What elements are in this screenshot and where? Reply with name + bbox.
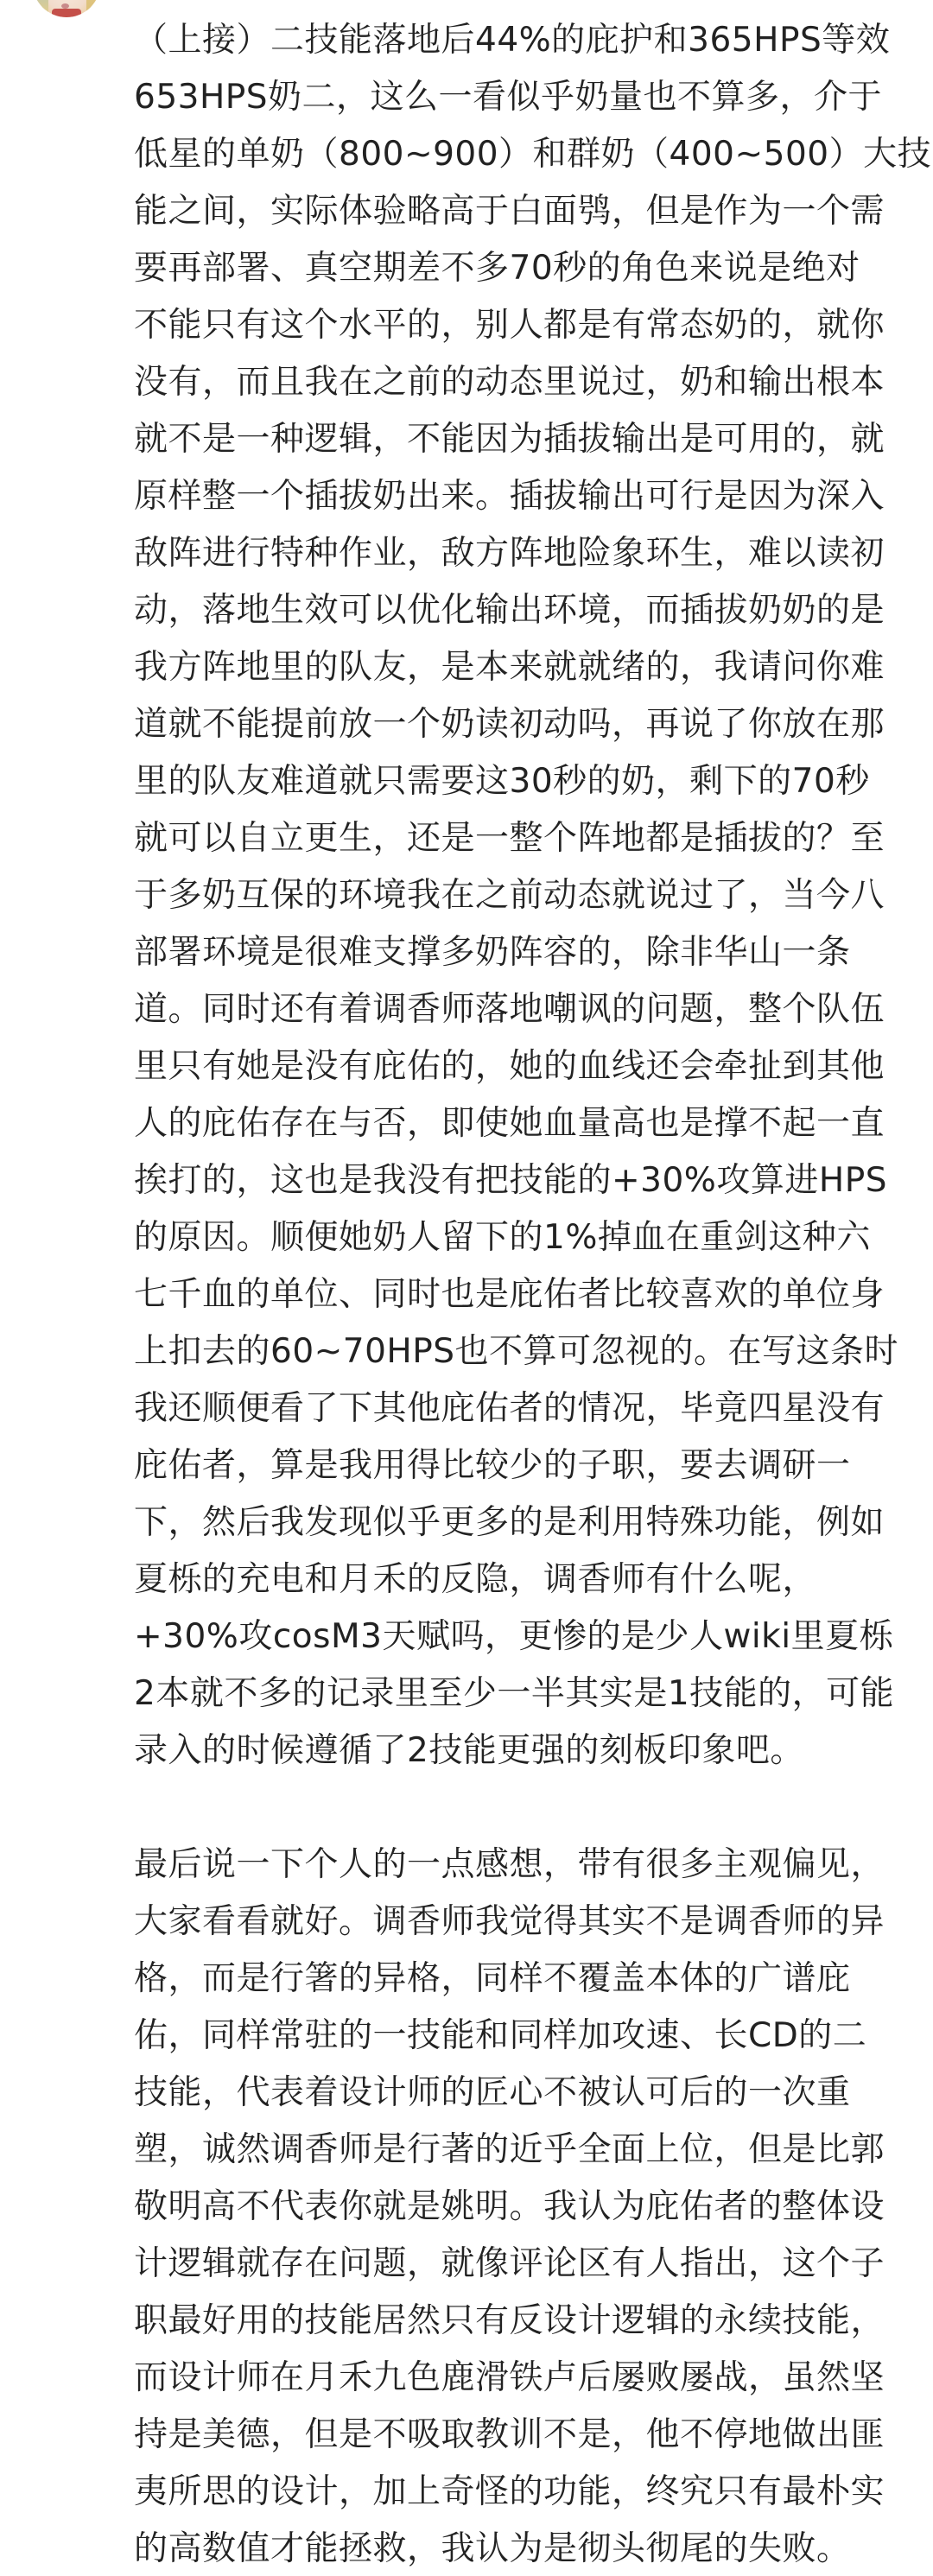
text-line: 要再部署、真空期差不多70秒的角色来说是绝对 [134,240,916,297]
text-line: 不能只有这个水平的，别人都是有常态奶的，就你 [134,297,916,354]
text-line: 653HPS奶二，这么一看似乎奶量也不算多，介于 [134,69,916,126]
text-line: 原样整一个插拔奶出来。插拔输出可行是因为深入 [134,468,916,525]
text-line: 能之间，实际体验略高于白面鸮，但是作为一个需 [134,183,916,240]
text-line: 就不是一种逻辑，不能因为插拔输出是可用的，就 [134,411,916,468]
text-line: 没有，而且我在之前的动态里说过，奶和输出根本 [134,354,916,411]
text-line: 我方阵地里的队友，是本来就就绪的，我请问你难 [134,639,916,696]
text-line: 动，落地生效可以优化输出环境，而插拔奶奶的是 [134,582,916,639]
text-line: 大家看看就好。调香师我觉得其实不是调香师的异 [134,1894,916,1951]
text-line: 夏栎的充电和月禾的反隐，调香师有什么呢， [134,1551,916,1608]
text-line: 部署环境是很难支撑多奶阵容的，除非华山一条 [134,924,916,981]
text-line: 于多奶互保的环境我在之前动态就说过了，当今八 [134,867,916,924]
post-body: （上接）二技能落地后44%的庇护和365HPS等效 653HPS奶二，这么一看似… [134,12,916,2576]
text-line: 而设计师在月禾九色鹿滑铁卢后屡败屡战，虽然坚 [134,2350,916,2407]
avatar-hair-left [33,0,48,17]
text-line: 格，而是行箸的异格，同样不覆盖本体的广谱庇 [134,1951,916,2008]
paragraph-spacer [134,1780,916,1837]
text-line: 里只有她是没有庇佑的，她的血线还会牵扯到其他 [134,1038,916,1095]
text-line: 佑，同样常驻的一技能和同样加攻速、长CD的二 [134,2008,916,2065]
text-line: 里的队友难道就只需要这30秒的奶，剩下的70秒 [134,753,916,810]
text-line: 道。同时还有着调香师落地嘲讽的问题，整个队伍 [134,981,916,1038]
text-line: 上扣去的60~70HPS也不算可忽视的。在写这条时 [134,1323,916,1380]
text-line: 2本就不多的记录里至少一半其实是1技能的，可能 [134,1666,916,1723]
text-line: 敌阵进行特种作业，敌方阵地险象环生，难以读初 [134,525,916,582]
text-line: 计逻辑就存在问题，就像评论区有人指出，这个子 [134,2236,916,2293]
text-line: +30%攻cosM3天赋吗，更惨的是少人wiki里夏栎 [134,1608,916,1666]
text-line: 技能，代表着设计师的匠心不被认可后的一次重 [134,2065,916,2122]
text-line: 敬明高不代表你就是姚明。我认为庇佑者的整体设 [134,2179,916,2236]
paragraph-1: （上接）二技能落地后44%的庇护和365HPS等效 653HPS奶二，这么一看似… [134,12,916,1780]
paragraph-2: 最后说一下个人的一点感想，带有很多主观偏见， 大家看看就好。调香师我觉得其实不是… [134,1837,916,2576]
text-line: 就可以自立更生，还是一整个阵地都是插拔的？至 [134,810,916,867]
text-line: 职最好用的技能居然只有反设计逻辑的永续技能， [134,2293,916,2350]
text-line: 录入的时候遵循了2技能更强的刻板印象吧。 [134,1723,916,1780]
avatar[interactable] [33,0,100,17]
avatar-hair-right [86,0,100,17]
text-line: 庇佑者，算是我用得比较少的子职，要去调研一 [134,1437,916,1494]
text-line: （上接）二技能落地后44%的庇护和365HPS等效 [134,12,916,69]
text-line: 的原因。顺便她奶人留下的1%掉血在重剑这种六 [134,1209,916,1266]
text-line: 我还顺便看了下其他庇佑者的情况，毕竟四星没有 [134,1380,916,1437]
text-line: 夷所思的设计，加上奇怪的功能，终究只有最朴实 [134,2464,916,2521]
text-line: 挨打的，这也是我没有把技能的+30%攻算进HPS [134,1152,916,1209]
text-line: 七千血的单位、同时也是庇佑者比较喜欢的单位身 [134,1266,916,1323]
text-line: 的高数值才能拯救，我认为是彻头彻尾的失败。 [134,2521,916,2576]
text-line: 下，然后我发现似乎更多的是利用特殊功能，例如 [134,1494,916,1551]
text-line: 人的庇佑存在与否，即使她血量高也是撑不起一直 [134,1095,916,1152]
text-line: 低星的单奶（800~900）和群奶（400~500）大技 [134,126,916,183]
text-line: 最后说一下个人的一点感想，带有很多主观偏见， [134,1837,916,1894]
avatar-collar [52,9,81,17]
text-line: 道就不能提前放一个奶读初动吗，再说了你放在那 [134,696,916,753]
text-line: 塑，诚然调香师是行著的近乎全面上位，但是比郭 [134,2122,916,2179]
text-line: 持是美德，但是不吸取教训不是，他不停地做出匪 [134,2407,916,2464]
